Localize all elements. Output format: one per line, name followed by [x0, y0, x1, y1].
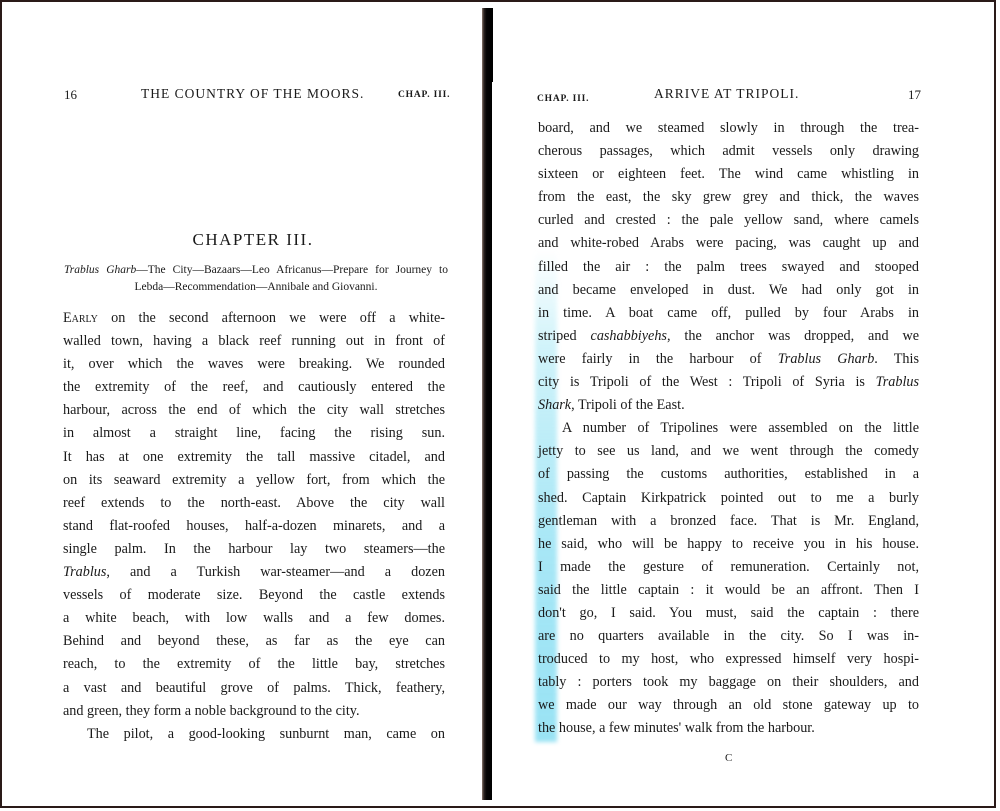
text-line: a white beach, with low walls and a few … [63, 607, 445, 630]
book-spine-gutter [482, 8, 492, 800]
line-text: curled and crested : the pale yellow san… [538, 212, 919, 228]
synopsis-italic-lead: Trablus Gharb [64, 264, 136, 276]
line-text: in time. A boat came off, pulled by four… [538, 305, 919, 321]
line-text: are no quarters available in the city. S… [538, 628, 919, 644]
text-line: Behind and beyond these, as far as the e… [63, 630, 445, 653]
italic-term: Trablus Gharb [778, 351, 875, 367]
line-text: jetty to see us land, and we went throug… [538, 443, 919, 459]
left-page: 16 THE COUNTRY OF THE MOORS. CHAP. III. … [0, 0, 482, 811]
line-text: Behind and beyond these, as far as the e… [63, 633, 445, 649]
text-line: in time. A boat came off, pulled by four… [538, 302, 919, 325]
line-text: city is Tripoli of the West : Tripoli of… [538, 374, 876, 390]
text-line: and green, they form a noble background … [63, 700, 445, 723]
line-text: gentleman with a bronzed face. That is M… [538, 513, 919, 529]
line-text: we made our way through an old stone gat… [538, 697, 919, 713]
line-text: shed. Captain Kirkpatrick pointed out to… [538, 490, 919, 506]
line-text: board, and we steamed slowly in through … [538, 120, 919, 136]
text-line: sixteen or eighteen feet. The wind came … [538, 163, 919, 186]
text-line: striped cashabbiyehs, the anchor was dro… [538, 325, 919, 348]
text-line: A number of Tripolines were assembled on… [538, 417, 919, 440]
text-line: Trablus, and a Turkish war-steamer—and a… [63, 561, 445, 584]
line-text: single palm. In the harbour lay two stea… [63, 541, 445, 557]
text-line: reach, to the extremity of the little ba… [63, 653, 445, 676]
text-line: walled town, having a black reef running… [63, 330, 445, 353]
text-line: city is Tripoli of the West : Tripoli of… [538, 371, 919, 394]
line-text: , and a Turkish war-steamer—and a dozen [106, 564, 445, 580]
line-text: of passing the customs authorities, esta… [538, 466, 919, 482]
text-line: cherous passages, which admit vessels on… [538, 140, 919, 163]
text-line: board, and we steamed slowly in through … [538, 117, 919, 140]
text-line: The pilot, a good-looking sunburnt man, … [63, 723, 445, 746]
text-line: stand flat-roofed houses, half-a-dozen m… [63, 515, 445, 538]
line-text: in almost a straight line, facing the ri… [63, 425, 445, 441]
text-line: vessels of moderate size. Beyond the cas… [63, 584, 445, 607]
line-text: and became enveloped in dust. We had onl… [538, 282, 919, 298]
text-line: Shark, Tripoli of the East. [538, 394, 919, 417]
synopsis-rest: —The City—Bazaars—Leo Africanus—Prepare … [134, 264, 448, 293]
text-line: it, over which the waves were breaking. … [63, 353, 445, 376]
right-page: CHAP. III. ARRIVE AT TRIPOLI. 17 board, … [492, 0, 1000, 811]
line-text: the extremity of the reef, and cautiousl… [63, 379, 445, 395]
text-line: the extremity of the reef, and cautiousl… [63, 376, 445, 399]
running-head-left: THE COUNTRY OF THE MOORS. [141, 86, 364, 102]
line-text: I made the gesture of remuneration. Cert… [538, 559, 919, 575]
italic-term: Trablus [63, 564, 106, 580]
chapter-tag-left: CHAP. III. [398, 90, 450, 100]
text-line: a vast and beautiful grove of palms. Thi… [63, 677, 445, 700]
body-text-right: board, and we steamed slowly in through … [538, 117, 919, 741]
text-line: shed. Captain Kirkpatrick pointed out to… [538, 487, 919, 510]
line-text: , Tripoli of the East. [571, 397, 685, 413]
text-line: reef extends to the north-east. Above th… [63, 492, 445, 515]
text-line: said the little captain : it would be an… [538, 579, 919, 602]
text-line: jetty to see us land, and we went throug… [538, 440, 919, 463]
page-number-right: 17 [908, 87, 921, 103]
line-text: and white-robed Arabs were pacing, was c… [538, 235, 919, 251]
line-text: filled the air : the palm trees swayed a… [538, 259, 919, 275]
line-text: said the little captain : it would be an… [538, 582, 919, 598]
line-text: a vast and beautiful grove of palms. Thi… [63, 680, 445, 696]
text-line: on its seaward extremity a yellow fort, … [63, 469, 445, 492]
line-text: reef extends to the north-east. Above th… [63, 495, 445, 511]
line-text: striped [538, 328, 591, 344]
text-line: from the east, the sky grew grey and thi… [538, 186, 919, 209]
chapter-synopsis: Trablus Gharb—The City—Bazaars—Leo Afric… [64, 262, 448, 296]
line-text: and green, they form a noble background … [63, 703, 360, 719]
line-text-after: , the anchor was dropped, and we [667, 328, 919, 344]
text-line: I made the gesture of remuneration. Cert… [538, 556, 919, 579]
line-text: sixteen or eighteen feet. The wind came … [538, 166, 919, 182]
line-text: tably : porters took my baggage on their… [538, 674, 919, 690]
page-number-left: 16 [64, 87, 77, 103]
line-text: harbour, across the end of which the cit… [63, 402, 445, 418]
line-text: the house, a few minutes' walk from the … [538, 720, 815, 736]
line-text: stand flat-roofed houses, half-a-dozen m… [63, 518, 445, 534]
line-text: a white beach, with low walls and a few … [63, 610, 445, 626]
text-line: filled the air : the palm trees swayed a… [538, 256, 919, 279]
line-text: on the second afternoon we were off a wh… [98, 310, 445, 326]
text-line: are no quarters available in the city. S… [538, 625, 919, 648]
text-line: and became enveloped in dust. We had onl… [538, 279, 919, 302]
line-text: walled town, having a black reef running… [63, 333, 445, 349]
running-head-right: ARRIVE AT TRIPOLI. [654, 86, 799, 102]
text-line: of passing the customs authorities, esta… [538, 463, 919, 486]
text-line: the house, a few minutes' walk from the … [538, 717, 919, 740]
line-text: it, over which the waves were breaking. … [63, 356, 445, 372]
smallcaps-lead: Early [63, 310, 98, 326]
text-line: curled and crested : the pale yellow san… [538, 209, 919, 232]
line-text: don't go, I said. You must, said the cap… [538, 605, 919, 621]
text-line: It has at one extremity the tall massive… [63, 446, 445, 469]
body-text-left: Early on the second afternoon we were of… [63, 307, 445, 746]
text-line: troduced to my host, who expressed himse… [538, 648, 919, 671]
line-text: on its seaward extremity a yellow fort, … [63, 472, 445, 488]
text-line: tably : porters took my baggage on their… [538, 671, 919, 694]
line-text: It has at one extremity the tall massive… [63, 449, 445, 465]
line-text: The pilot, a good-looking sunburnt man, … [87, 726, 445, 742]
italic-term: cashabbiyehs [591, 328, 667, 344]
text-line: Early on the second afternoon we were of… [63, 307, 445, 330]
chapter-title: CHAPTER III. [0, 230, 482, 250]
line-text: A number of Tripolines were assembled on… [562, 420, 919, 436]
italic-term: Shark [538, 397, 571, 413]
printer-signature-mark: C [725, 752, 732, 764]
line-text: vessels of moderate size. Beyond the cas… [63, 587, 445, 603]
text-line: in almost a straight line, facing the ri… [63, 422, 445, 445]
text-line: gentleman with a bronzed face. That is M… [538, 510, 919, 533]
line-text: from the east, the sky grew grey and thi… [538, 189, 919, 205]
line-text: were fairly in the harbour of [538, 351, 778, 367]
chapter-tag-right: CHAP. III. [537, 94, 589, 104]
text-line: and white-robed Arabs were pacing, was c… [538, 232, 919, 255]
text-line: were fairly in the harbour of Trablus Gh… [538, 348, 919, 371]
text-line: we made our way through an old stone gat… [538, 694, 919, 717]
italic-term: Trablus [876, 374, 919, 390]
text-line: don't go, I said. You must, said the cap… [538, 602, 919, 625]
line-text: he said, who will be happy to receive yo… [538, 536, 919, 552]
line-text: troduced to my host, who expressed himse… [538, 651, 919, 667]
line-text: reach, to the extremity of the little ba… [63, 656, 445, 672]
text-line: he said, who will be happy to receive yo… [538, 533, 919, 556]
text-line: harbour, across the end of which the cit… [63, 399, 445, 422]
text-line: single palm. In the harbour lay two stea… [63, 538, 445, 561]
line-text: cherous passages, which admit vessels on… [538, 143, 919, 159]
line-text-after: . This [874, 351, 919, 367]
